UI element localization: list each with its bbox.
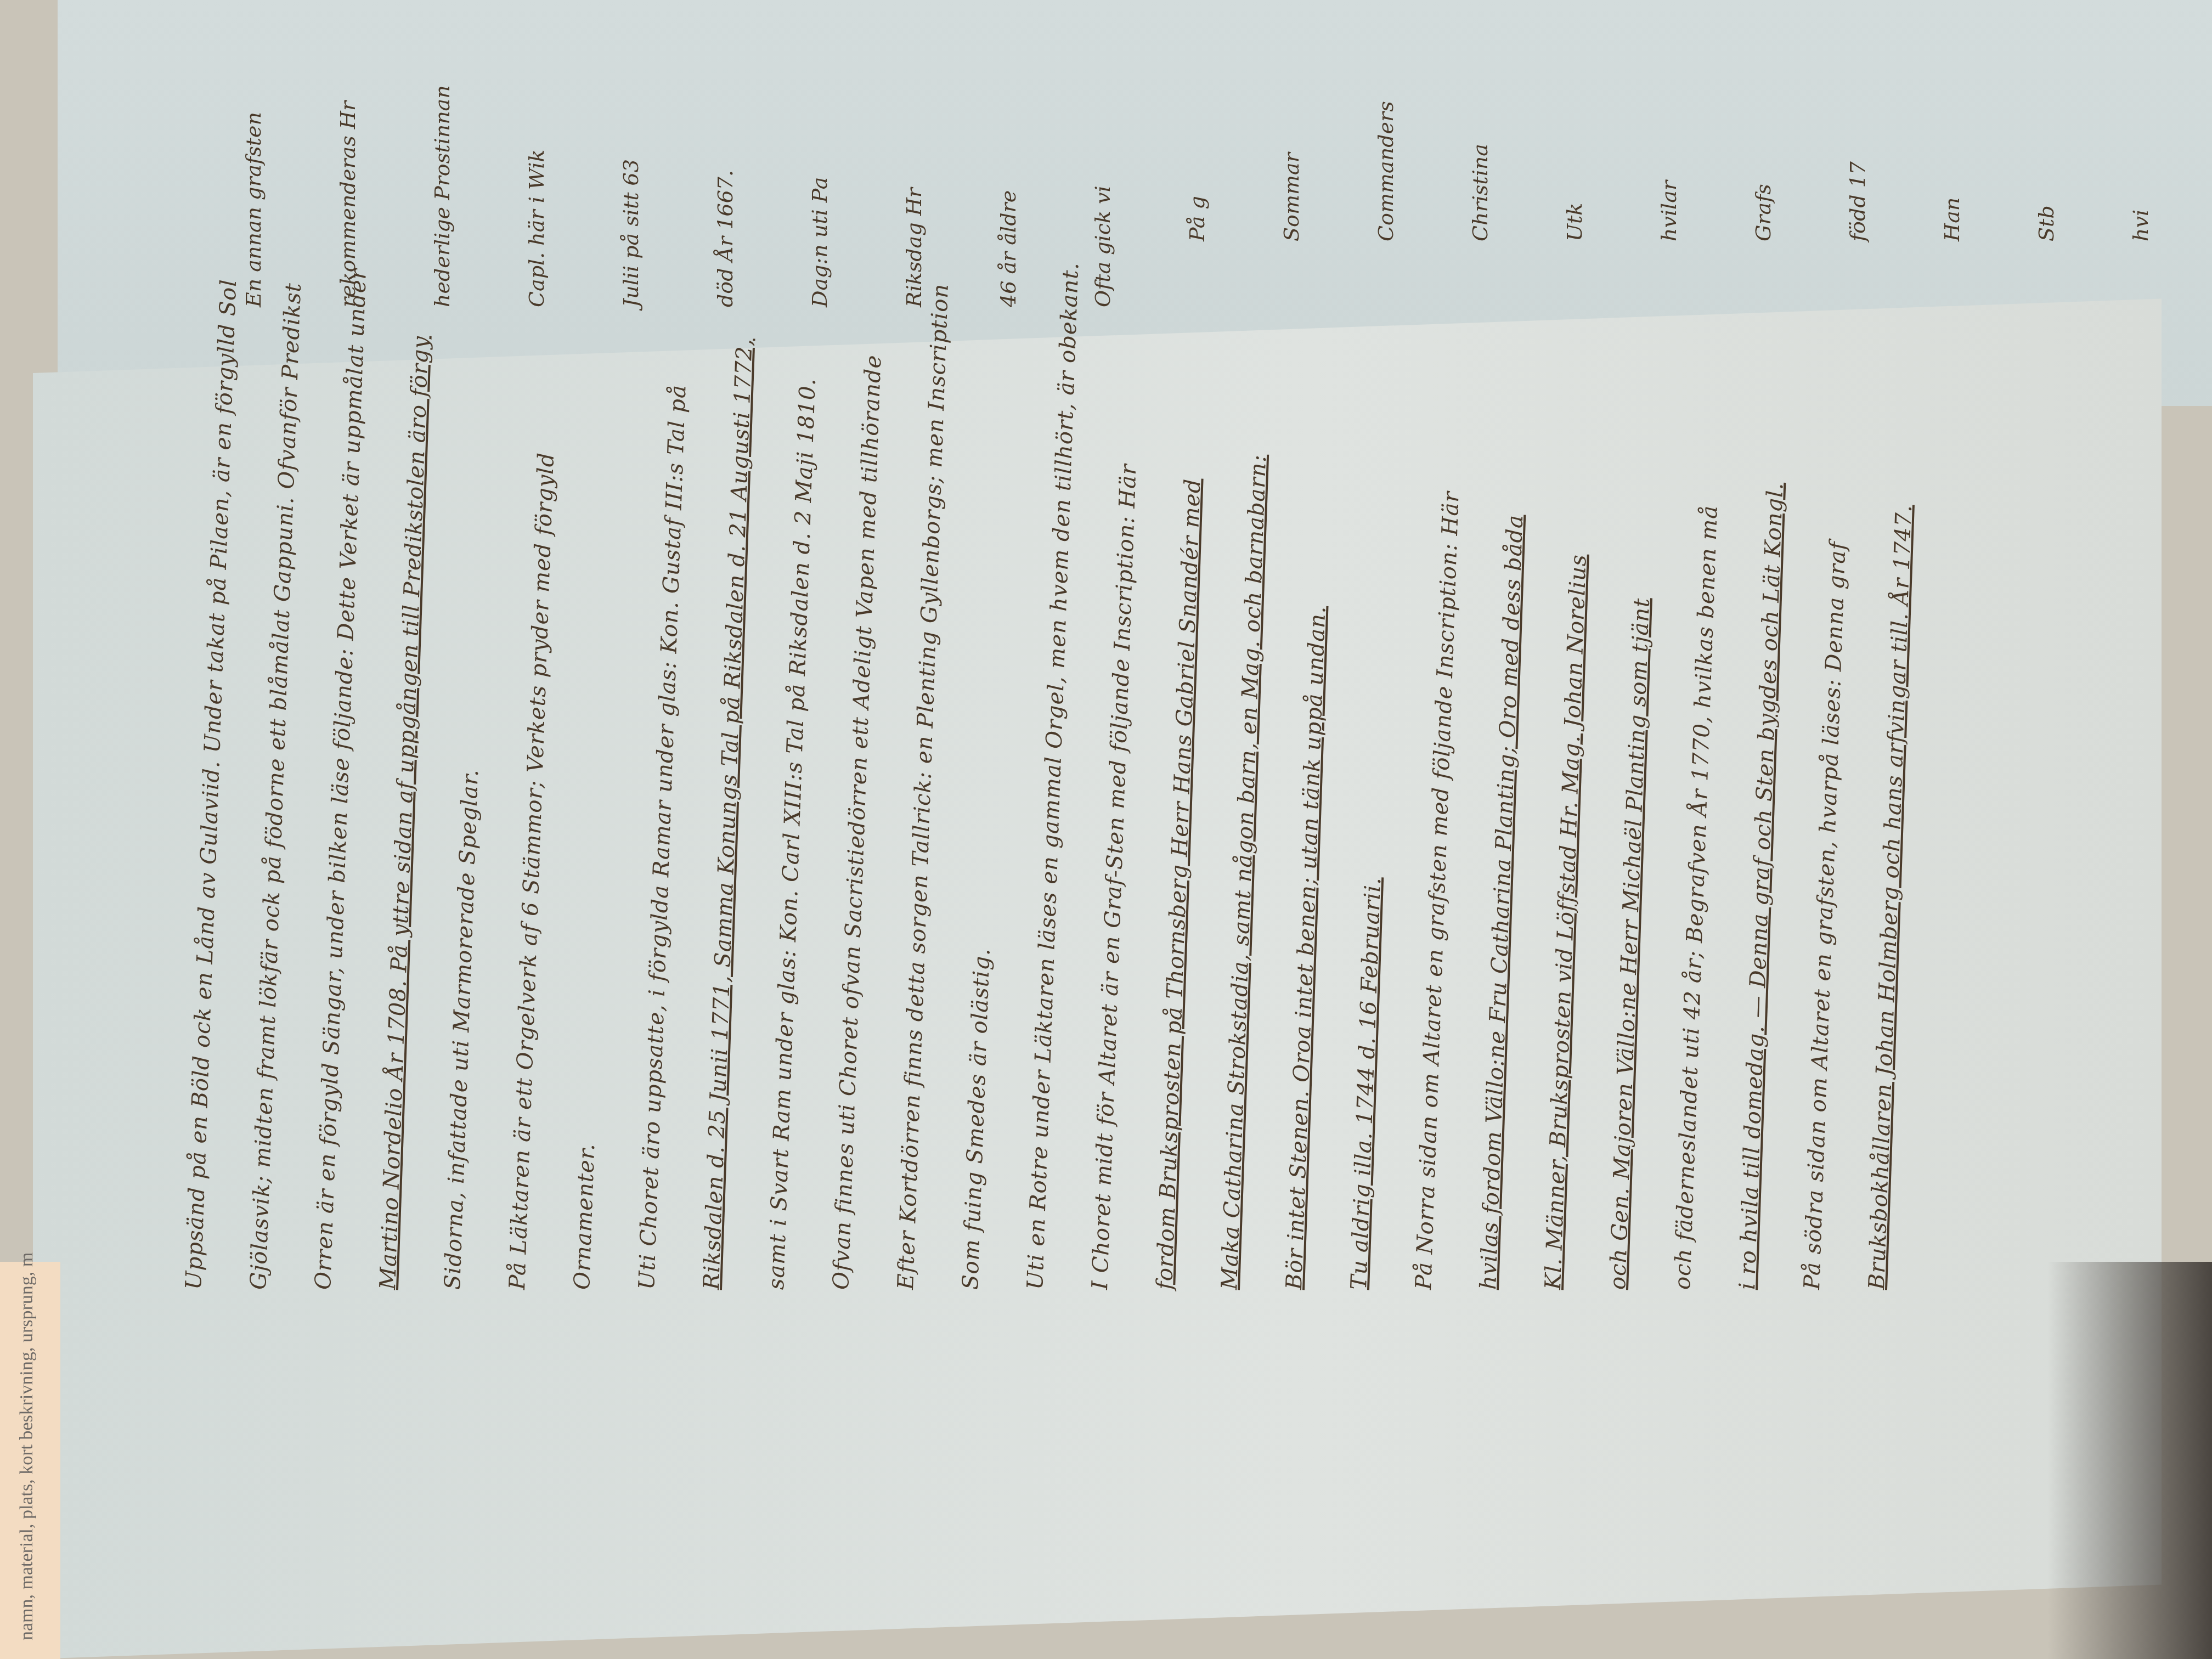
manuscript-line: Stb [2034, 205, 2058, 241]
right-page-text: En annan grafstenrekommenderas Hrhederli… [0, 0, 2212, 1659]
manuscript-line: Grafs [1751, 184, 1775, 241]
manuscript-line: Riksdag Hr [902, 188, 926, 307]
manuscript-line: Dag:n uti Pa [808, 177, 832, 307]
manuscript-line: Utk [1562, 203, 1587, 241]
manuscript-line: Christina [1468, 144, 1492, 241]
manuscript-line: rekommenderas Hr [336, 101, 360, 307]
manuscript-line: Han [1940, 198, 1964, 241]
manuscript-line: hvilar [1657, 180, 1681, 241]
manuscript-line: Ofta gick vi [1091, 185, 1115, 307]
manuscript-line: Sommar [1279, 153, 1304, 241]
manuscript-line: född 17 [1846, 161, 1870, 241]
manuscript-line: En annan grafsten [241, 112, 266, 307]
manuscript-line: Julii på sitt 63 [619, 159, 643, 307]
manuscript-line: hvi [2129, 210, 2153, 241]
manuscript-line: Commanders [1374, 101, 1398, 241]
manuscript-line: död År 1667. [713, 170, 737, 307]
manuscript-line: hederlige Prostinnan [430, 85, 454, 307]
manuscript-line: Capl. här i Wik [524, 149, 549, 307]
manuscript-line: 46 år åldre [996, 190, 1020, 307]
manuscript-line: På g [1185, 196, 1209, 241]
